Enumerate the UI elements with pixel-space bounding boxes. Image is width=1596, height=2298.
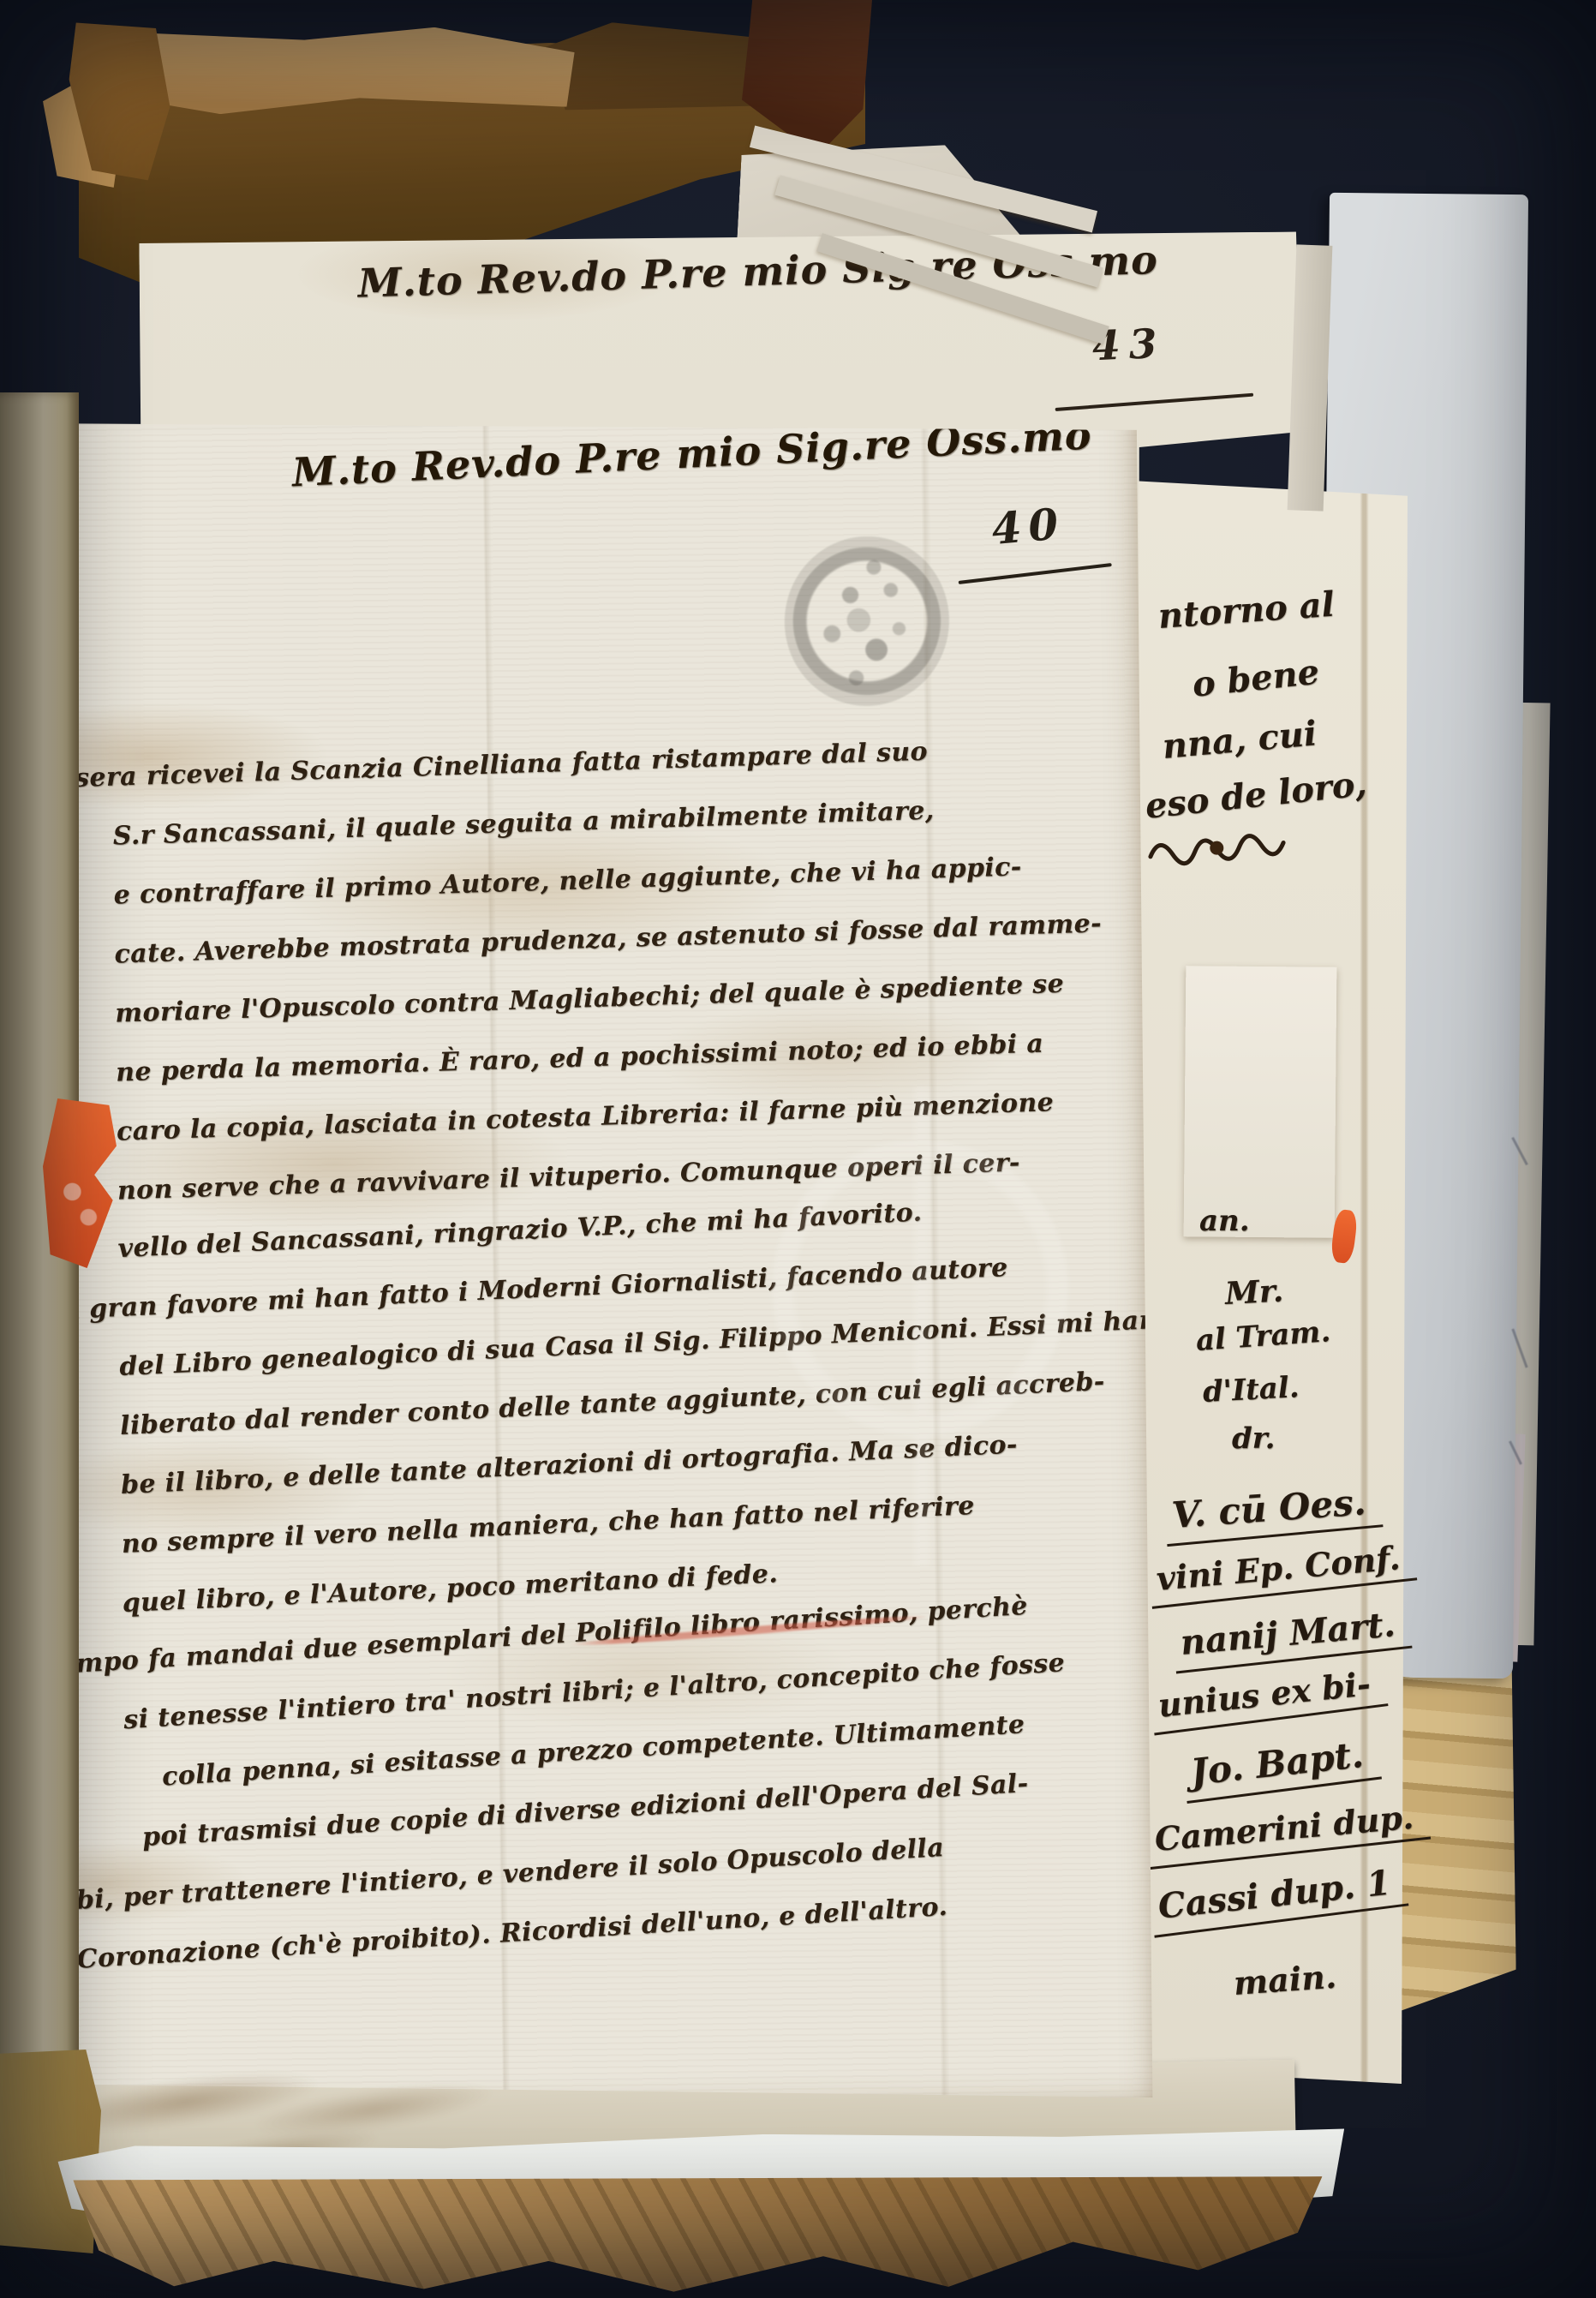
folio-underline xyxy=(1055,393,1254,411)
polifilo-post: , perchè xyxy=(908,1591,1029,1628)
book-edge-bottom-left xyxy=(0,2050,101,2253)
digitization-watermark xyxy=(752,1086,1088,1566)
blank-paper-slip xyxy=(1184,966,1337,1238)
kraft-scrap-mid xyxy=(543,21,765,117)
kraft-bottom-crumple xyxy=(73,2169,1323,2298)
folio-number-40: 40 xyxy=(990,502,1067,551)
archival-photo: M.to Rev.do P.re mio Sig.re Oss.mo 43 nt… xyxy=(0,0,1596,2298)
folio-underline xyxy=(959,563,1112,584)
library-ink-stamp xyxy=(774,527,959,716)
salutation-line: M.to Rev.do P.re mio Sig.re Oss.mo xyxy=(357,236,1159,308)
fragment-line: dr. xyxy=(1232,1424,1275,1453)
polifilo-red-underlined: Polifilo libro rarissimo xyxy=(575,1598,910,1649)
vellum-spine-strip xyxy=(0,392,79,2135)
fragment-line: Mr. xyxy=(1224,1275,1284,1309)
fragment-line: main. xyxy=(1233,1960,1337,2000)
fragment-line: d'Ital. xyxy=(1202,1373,1300,1407)
fragment-line: al Tram. xyxy=(1195,1317,1331,1355)
fragment-line: an. xyxy=(1199,1206,1250,1236)
